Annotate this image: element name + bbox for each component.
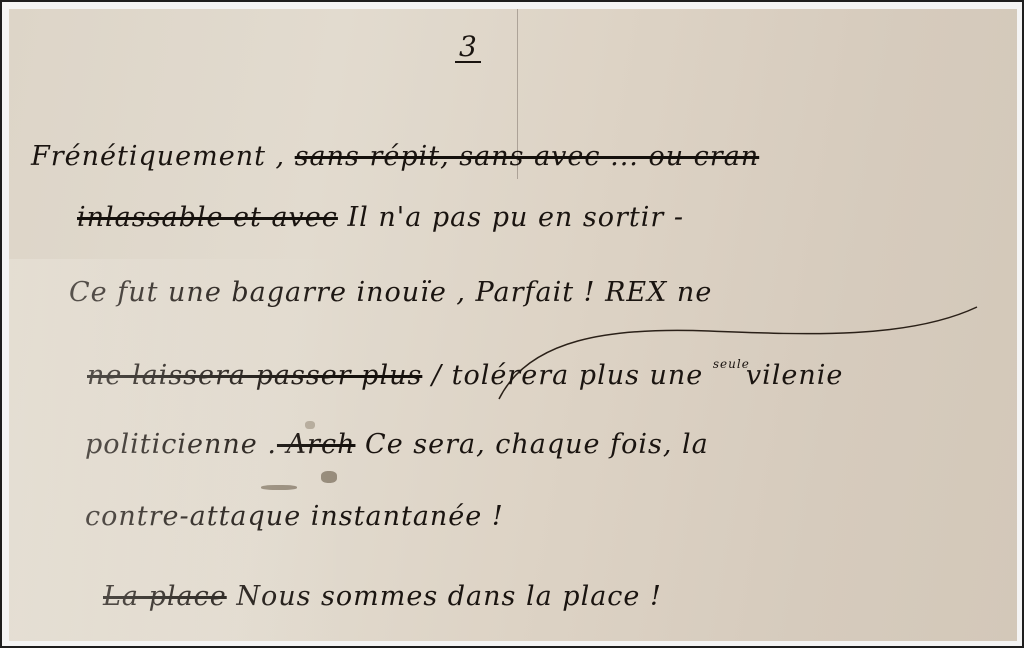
manuscript-line-7: La place Nous sommes dans la place ! [103, 581, 662, 612]
manuscript-line-5: politicienne . Arch Ce sera, chaque fois… [85, 429, 709, 460]
line-text: / tolérera plus une [422, 360, 713, 391]
manuscript-line-6: contre-attaque instantanée ! [85, 501, 504, 532]
manuscript-line-4: ne laissera passer plus / tolérera plus … [87, 357, 843, 391]
ink-blot [261, 485, 297, 490]
insertion-mark-icon [9, 9, 1017, 641]
ink-blot [305, 421, 315, 429]
struck-text: Arch [277, 429, 356, 460]
line-text: Ce sera, chaque fois, la [355, 429, 708, 460]
line-text: vilenie [746, 360, 844, 391]
superscript-insertion: seule [713, 357, 750, 371]
struck-text: ne laissera passer plus [87, 360, 422, 391]
line-text: politicienne . [85, 429, 277, 460]
ink-blot [321, 471, 337, 483]
image-frame: 3 Frénétiquement , sans répit, sans avec… [0, 0, 1024, 648]
line-text: Nous sommes dans la place ! [227, 581, 662, 612]
line-text: contre-attaque instantanée ! [85, 501, 504, 532]
manuscript-page: 3 Frénétiquement , sans répit, sans avec… [9, 9, 1017, 641]
struck-text: La place [103, 581, 227, 612]
